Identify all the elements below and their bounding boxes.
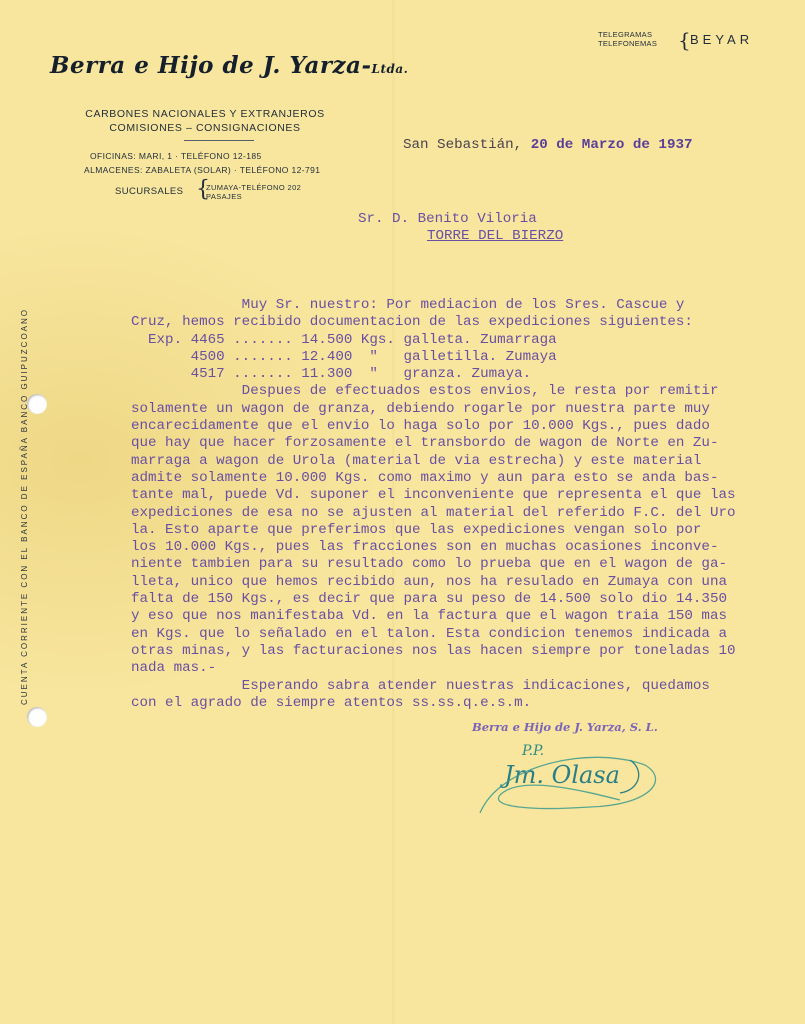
signature-name: Jm. Olasa: [499, 761, 620, 789]
body-line: marraga a wagon de Urola (material de vi…: [131, 453, 736, 470]
body-line: tante mal, puede Vd. suponer el inconven…: [131, 487, 736, 504]
body-line: Despues de efectuados estos envios, le r…: [131, 383, 736, 400]
body-line: lleta, unico que hemos recibido aun, nos…: [131, 574, 736, 591]
company-closing-stamp: Berra e Hijo de J. Yarza, S. L.: [472, 720, 658, 734]
signature: P.P. Jm. Olasa: [470, 735, 670, 825]
punch-hole: [27, 394, 47, 414]
company-name: Berra e Hijo de J. Yarza-Ltda.: [50, 52, 408, 79]
body-line: la. Esto aparte que preferimos que las e…: [131, 522, 736, 539]
signature-pp: P.P.: [521, 743, 544, 759]
branch-item: PASAJES: [206, 192, 301, 201]
body-line: falta de 150 Kgs., es decir que para su …: [131, 591, 736, 608]
branches-list: ZUMAYA-TELÉFONO 202 PASAJES: [206, 183, 301, 201]
body-line: otras minas, y las facturaciones nos las…: [131, 643, 736, 660]
body-line: encarecidamente que el envio lo haga sol…: [131, 418, 736, 435]
recipient-name: Sr. D. Benito Viloria: [358, 211, 537, 228]
telegram-label: TELEGRAMAS: [598, 30, 657, 39]
letterhead-divider: [184, 140, 254, 141]
letter-body: Muy Sr. nuestro: Por mediacion de los Sr…: [131, 297, 736, 712]
body-line: Exp. 4465 ....... 14.500 Kgs. galleta. Z…: [131, 332, 736, 349]
letter-date-line: San Sebastián, 20 de Marzo de 1937: [403, 137, 692, 154]
body-line: con el agrado de siempre atentos ss.ss.q…: [131, 695, 736, 712]
company-suffix: Ltda.: [372, 62, 409, 76]
body-line: 4500 ....... 12.400 " galletilla. Zumaya: [131, 349, 736, 366]
recipient-city: TORRE DEL BIERZO: [427, 228, 563, 245]
warehouses-address: ALMACENES: ZABALETA (SOLAR) · TELÉFONO 1…: [84, 165, 320, 175]
tagline-services: COMISIONES – CONSIGNACIONES: [60, 122, 350, 134]
branch-item: ZUMAYA-TELÉFONO 202: [206, 183, 301, 192]
letter-date: 20 de Marzo de 1937: [531, 137, 693, 153]
body-line: 4517 ....... 11.300 " granza. Zumaya.: [131, 366, 736, 383]
company-name-text: Berra e Hijo de J. Yarza-: [50, 52, 372, 79]
telegram-code: BEYAR: [690, 32, 753, 47]
body-line: y eso que nos manifestaba Vd. en la fact…: [131, 608, 736, 625]
body-line: los 10.000 Kgs., pues las fracciones son…: [131, 539, 736, 556]
body-line: que hay que hacer forzosamente el transb…: [131, 435, 736, 452]
body-line: Muy Sr. nuestro: Por mediacion de los Sr…: [131, 297, 736, 314]
tagline-products: CARBONES NACIONALES Y EXTRANJEROS: [60, 108, 350, 120]
body-line: admite solamente 10.000 Kgs. como maximo…: [131, 470, 736, 487]
body-line: solamente un wagon de granza, debiendo r…: [131, 401, 736, 418]
offices-address: OFICINAS: MARI, 1 · TELÉFONO 12-185: [90, 151, 262, 161]
body-line: Esperando sabra atender nuestras indicac…: [131, 678, 736, 695]
body-line: en Kgs. que lo señalado en el talon. Est…: [131, 626, 736, 643]
letter-place: San Sebastián,: [403, 137, 531, 153]
telephone-label: TELEFONEMAS: [598, 39, 657, 48]
bank-account-side-text: CUENTA CORRIENTE CON EL BANCO DE ESPAÑA …: [20, 308, 29, 705]
body-line: Cruz, hemos recibido documentacion de la…: [131, 314, 736, 331]
body-line: expediciones de esa no se ajusten al mat…: [131, 505, 736, 522]
body-line: niente tambien para su resultado como lo…: [131, 556, 736, 573]
punch-hole: [27, 707, 47, 727]
branches-label: SUCURSALES: [115, 186, 183, 197]
telegram-brace-icon: {: [678, 28, 691, 52]
body-line: nada mas.-: [131, 660, 736, 677]
telegram-labels: TELEGRAMAS TELEFONEMAS: [598, 30, 657, 48]
